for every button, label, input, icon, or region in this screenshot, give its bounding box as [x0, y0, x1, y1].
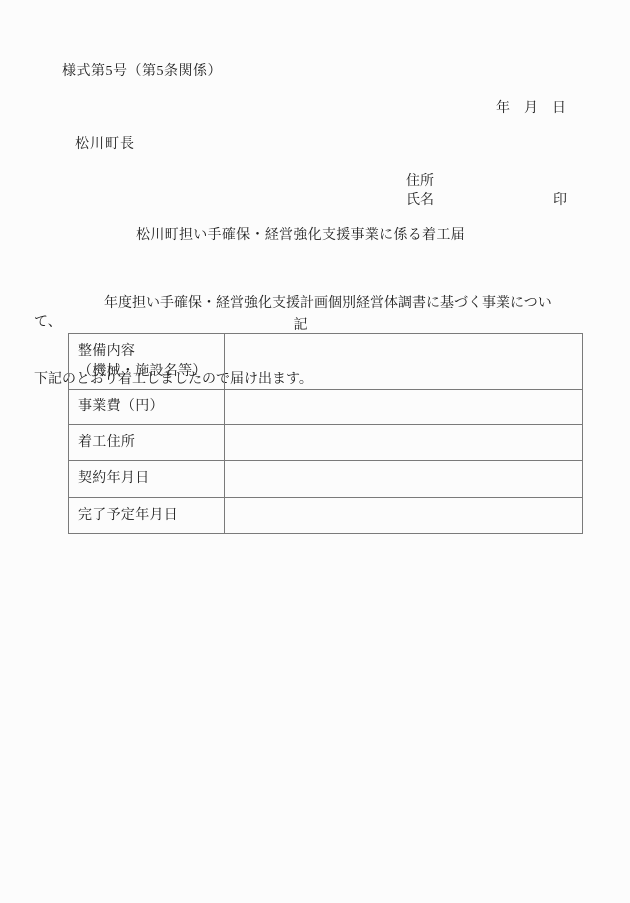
- row-label-expected-completion-date: 完了予定年月日: [69, 498, 225, 534]
- row-label-construction-address: 着工住所: [69, 425, 225, 461]
- addressee: 松川町長: [75, 133, 135, 153]
- row-value-contract-date: [225, 461, 583, 498]
- table-row: 整備内容 （機械・施設名等）: [69, 334, 583, 390]
- record-heading: 記: [35, 314, 566, 334]
- address-label: 住所: [406, 172, 567, 191]
- table-row: 完了予定年月日: [69, 498, 583, 534]
- table-row: 契約年月日: [69, 461, 583, 498]
- row-value-equipment-details: [225, 334, 583, 390]
- document-title: 松川町担い手確保・経営強化支援事業に係る着工届: [35, 224, 566, 244]
- seal-label: 印: [553, 191, 567, 210]
- table-row: 事業費（円）: [69, 390, 583, 425]
- name-label: 氏名: [406, 191, 434, 210]
- row-value-construction-address: [225, 425, 583, 461]
- form-number: 様式第5号（第5条関係）: [62, 60, 222, 80]
- row-value-project-cost: [225, 390, 583, 425]
- row-value-expected-completion-date: [225, 498, 583, 534]
- row-label-equipment-details: 整備内容 （機械・施設名等）: [69, 334, 225, 390]
- applicant-block: 住所 氏名 印: [406, 172, 567, 210]
- construction-start-table: 整備内容 （機械・施設名等） 事業費（円） 着工住所 契約年月日 完了予定年月日: [68, 333, 583, 534]
- name-seal-row: 氏名 印: [406, 191, 567, 210]
- row-label-contract-date: 契約年月日: [69, 461, 225, 498]
- row-label-project-cost: 事業費（円）: [69, 390, 225, 425]
- document-page: 様式第5号（第5条関係） 年 月 日 松川町長 住所 氏名 印 松川町担い手確保…: [0, 0, 630, 903]
- date-line: 年 月 日: [35, 97, 566, 117]
- table-row: 着工住所: [69, 425, 583, 461]
